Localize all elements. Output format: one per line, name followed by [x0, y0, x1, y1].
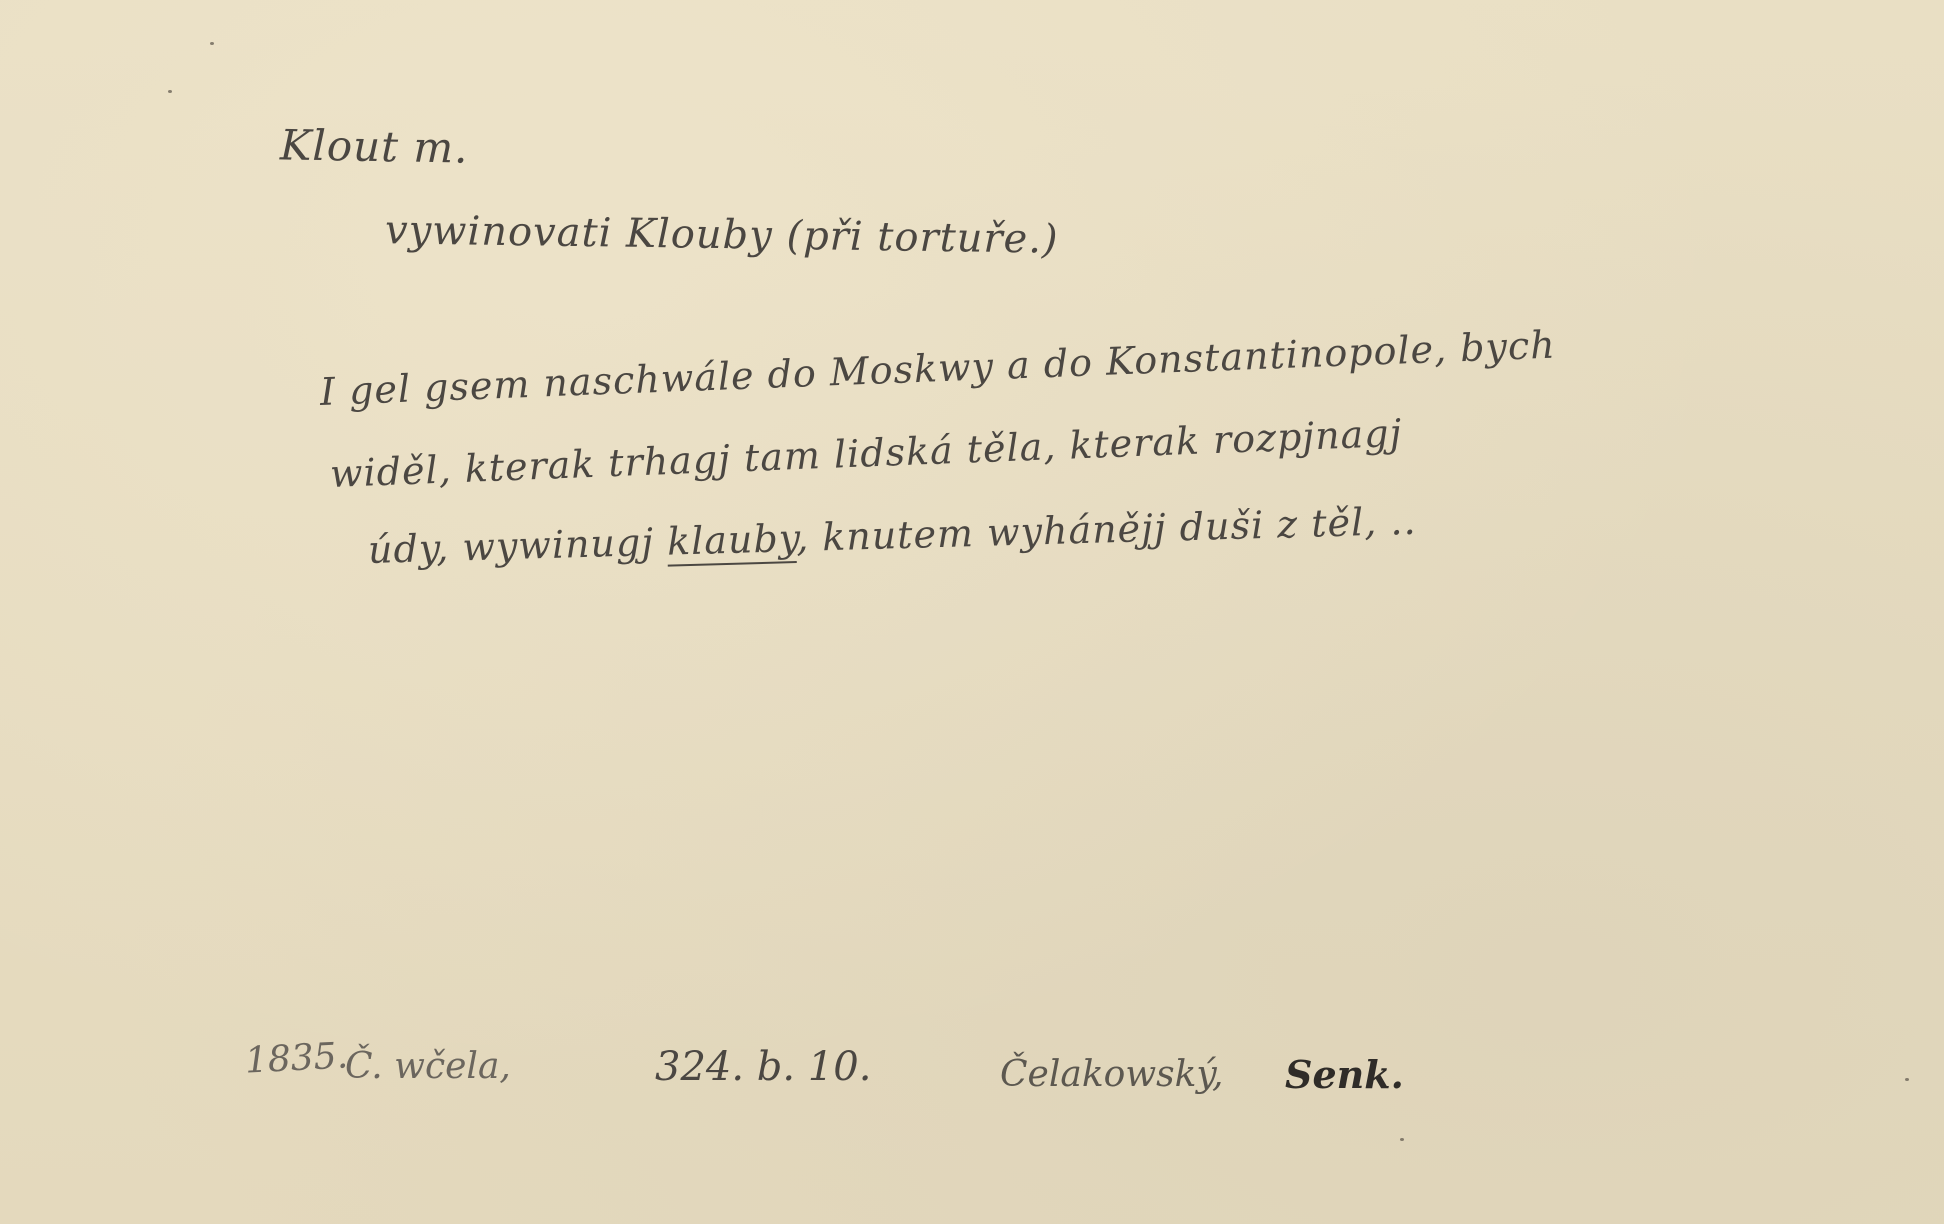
paper-speck: [168, 90, 172, 93]
phrase-example: vywinovati Klouby (při tortuře.): [385, 207, 1059, 262]
underlined-keyword: klauby: [666, 516, 796, 564]
citation-source: Č. wčela,: [345, 1046, 511, 1087]
quotation-line-3-start: údy, wywinugj: [367, 520, 654, 572]
index-card: Klout m. vywinovati Klouby (při tortuře.…: [0, 0, 1944, 1224]
quotation-line-3: údy, wywinugj klauby, knutem wyhánějj du…: [367, 499, 1417, 572]
paper-speck: [210, 42, 214, 45]
headword: Klout m.: [280, 120, 469, 172]
quotation-line-2: widěl, kterak trhagj tam lidská těla, kt…: [329, 411, 1403, 496]
citation-year: 1835.: [244, 1035, 349, 1081]
quotation-line-3-end: , knutem wyhánějj duši z těl, ..: [795, 499, 1417, 560]
citation-page: 324. b. 10.: [655, 1044, 871, 1090]
citation: 1835. Č. wčela, 324. b. 10. Čelakowský, …: [245, 1038, 1445, 1118]
citation-author: Čelakowský,: [1000, 1054, 1223, 1095]
quotation-line-1: I gel gsem naschwále do Moskwy a do Kons…: [319, 323, 1556, 414]
paper-speck: [1400, 1138, 1404, 1141]
paper-speck: [1905, 1078, 1909, 1081]
citation-author-abbr: Senk.: [1285, 1052, 1404, 1097]
